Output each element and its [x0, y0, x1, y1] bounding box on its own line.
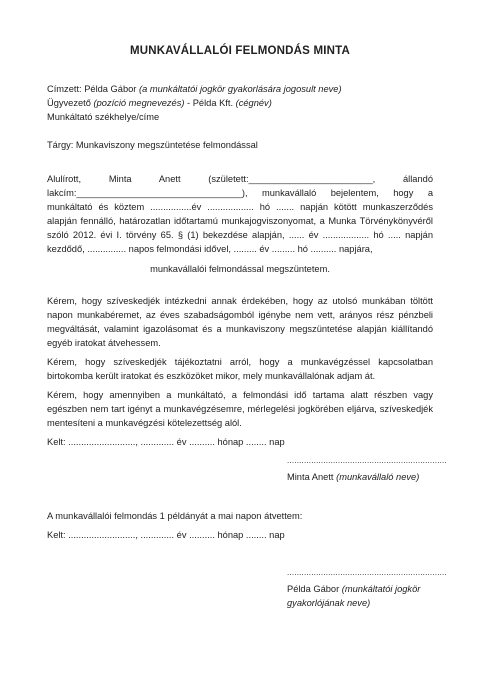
subject-line: Tárgy: Munkaviszony megszüntetése felmon… [47, 138, 433, 152]
employer-signature-block: ........................................… [287, 567, 451, 610]
employee-signature-name-line: Minta Anett (munkavállaló neve) [287, 470, 451, 484]
employee-signature-block: ........................................… [287, 455, 451, 484]
employer-signature-dotted-line: ........................................… [287, 567, 451, 579]
request-handover-paragraph: Kérem, hogy szíveskedjék tájékoztatni ar… [47, 355, 433, 383]
recipient-block: Címzett: Példa Gábor (a munkáltatói jogk… [47, 82, 433, 124]
document-page: MUNKAVÁLLALÓI FELMONDÁS MINTA Címzett: P… [0, 0, 480, 694]
employee-signature-dotted-line: ........................................… [287, 455, 451, 467]
page-title: MUNKAVÁLLALÓI FELMONDÁS MINTA [47, 44, 433, 58]
employee-date-line: Kelt: .........................., ......… [47, 435, 433, 449]
employee-name-note-text: (munkavállaló neve) [336, 472, 419, 482]
employer-address-line: Munkáltató székhelye/címe [47, 110, 433, 124]
employer-name-text: Példa Gábor [287, 584, 342, 594]
termination-statement: munkavállalói felmondással megszüntetem. [47, 262, 433, 276]
employer-signature-name-line: Példa Gábor (munkáltatói jogkör gyakorló… [287, 582, 451, 610]
addressee-name-text: Címzett: Példa Gábor [47, 84, 139, 94]
recipient-role-line: Ügyvezető (pozíció megnevezés) - Példa K… [47, 96, 433, 110]
acknowledgement-line: A munkavállalói felmondás 1 példányát a … [47, 509, 433, 523]
employee-name-text: Minta Anett [287, 472, 336, 482]
role-text: Ügyvezető [47, 98, 94, 108]
recipient-addressee-line: Címzett: Példa Gábor (a munkáltatói jogk… [47, 82, 433, 96]
request-documents-paragraph: Kérem, hogy szíveskedjék intézkedni anna… [47, 294, 433, 350]
request-exemption-paragraph: Kérem, hogy amennyiben a munkáltató, a f… [47, 388, 433, 430]
company-note-text: (cégnév) [236, 98, 272, 108]
role-note-text: (pozíció megnevezés) [94, 98, 185, 108]
company-text: - Példa Kft. [184, 98, 235, 108]
addressee-note-text: (a munkáltatói jogkör gyakorlására jogos… [139, 84, 342, 94]
employer-date-line: Kelt: .........................., ......… [47, 528, 433, 542]
intro-paragraph: Alulírott, Minta Anett (született:______… [47, 172, 433, 256]
